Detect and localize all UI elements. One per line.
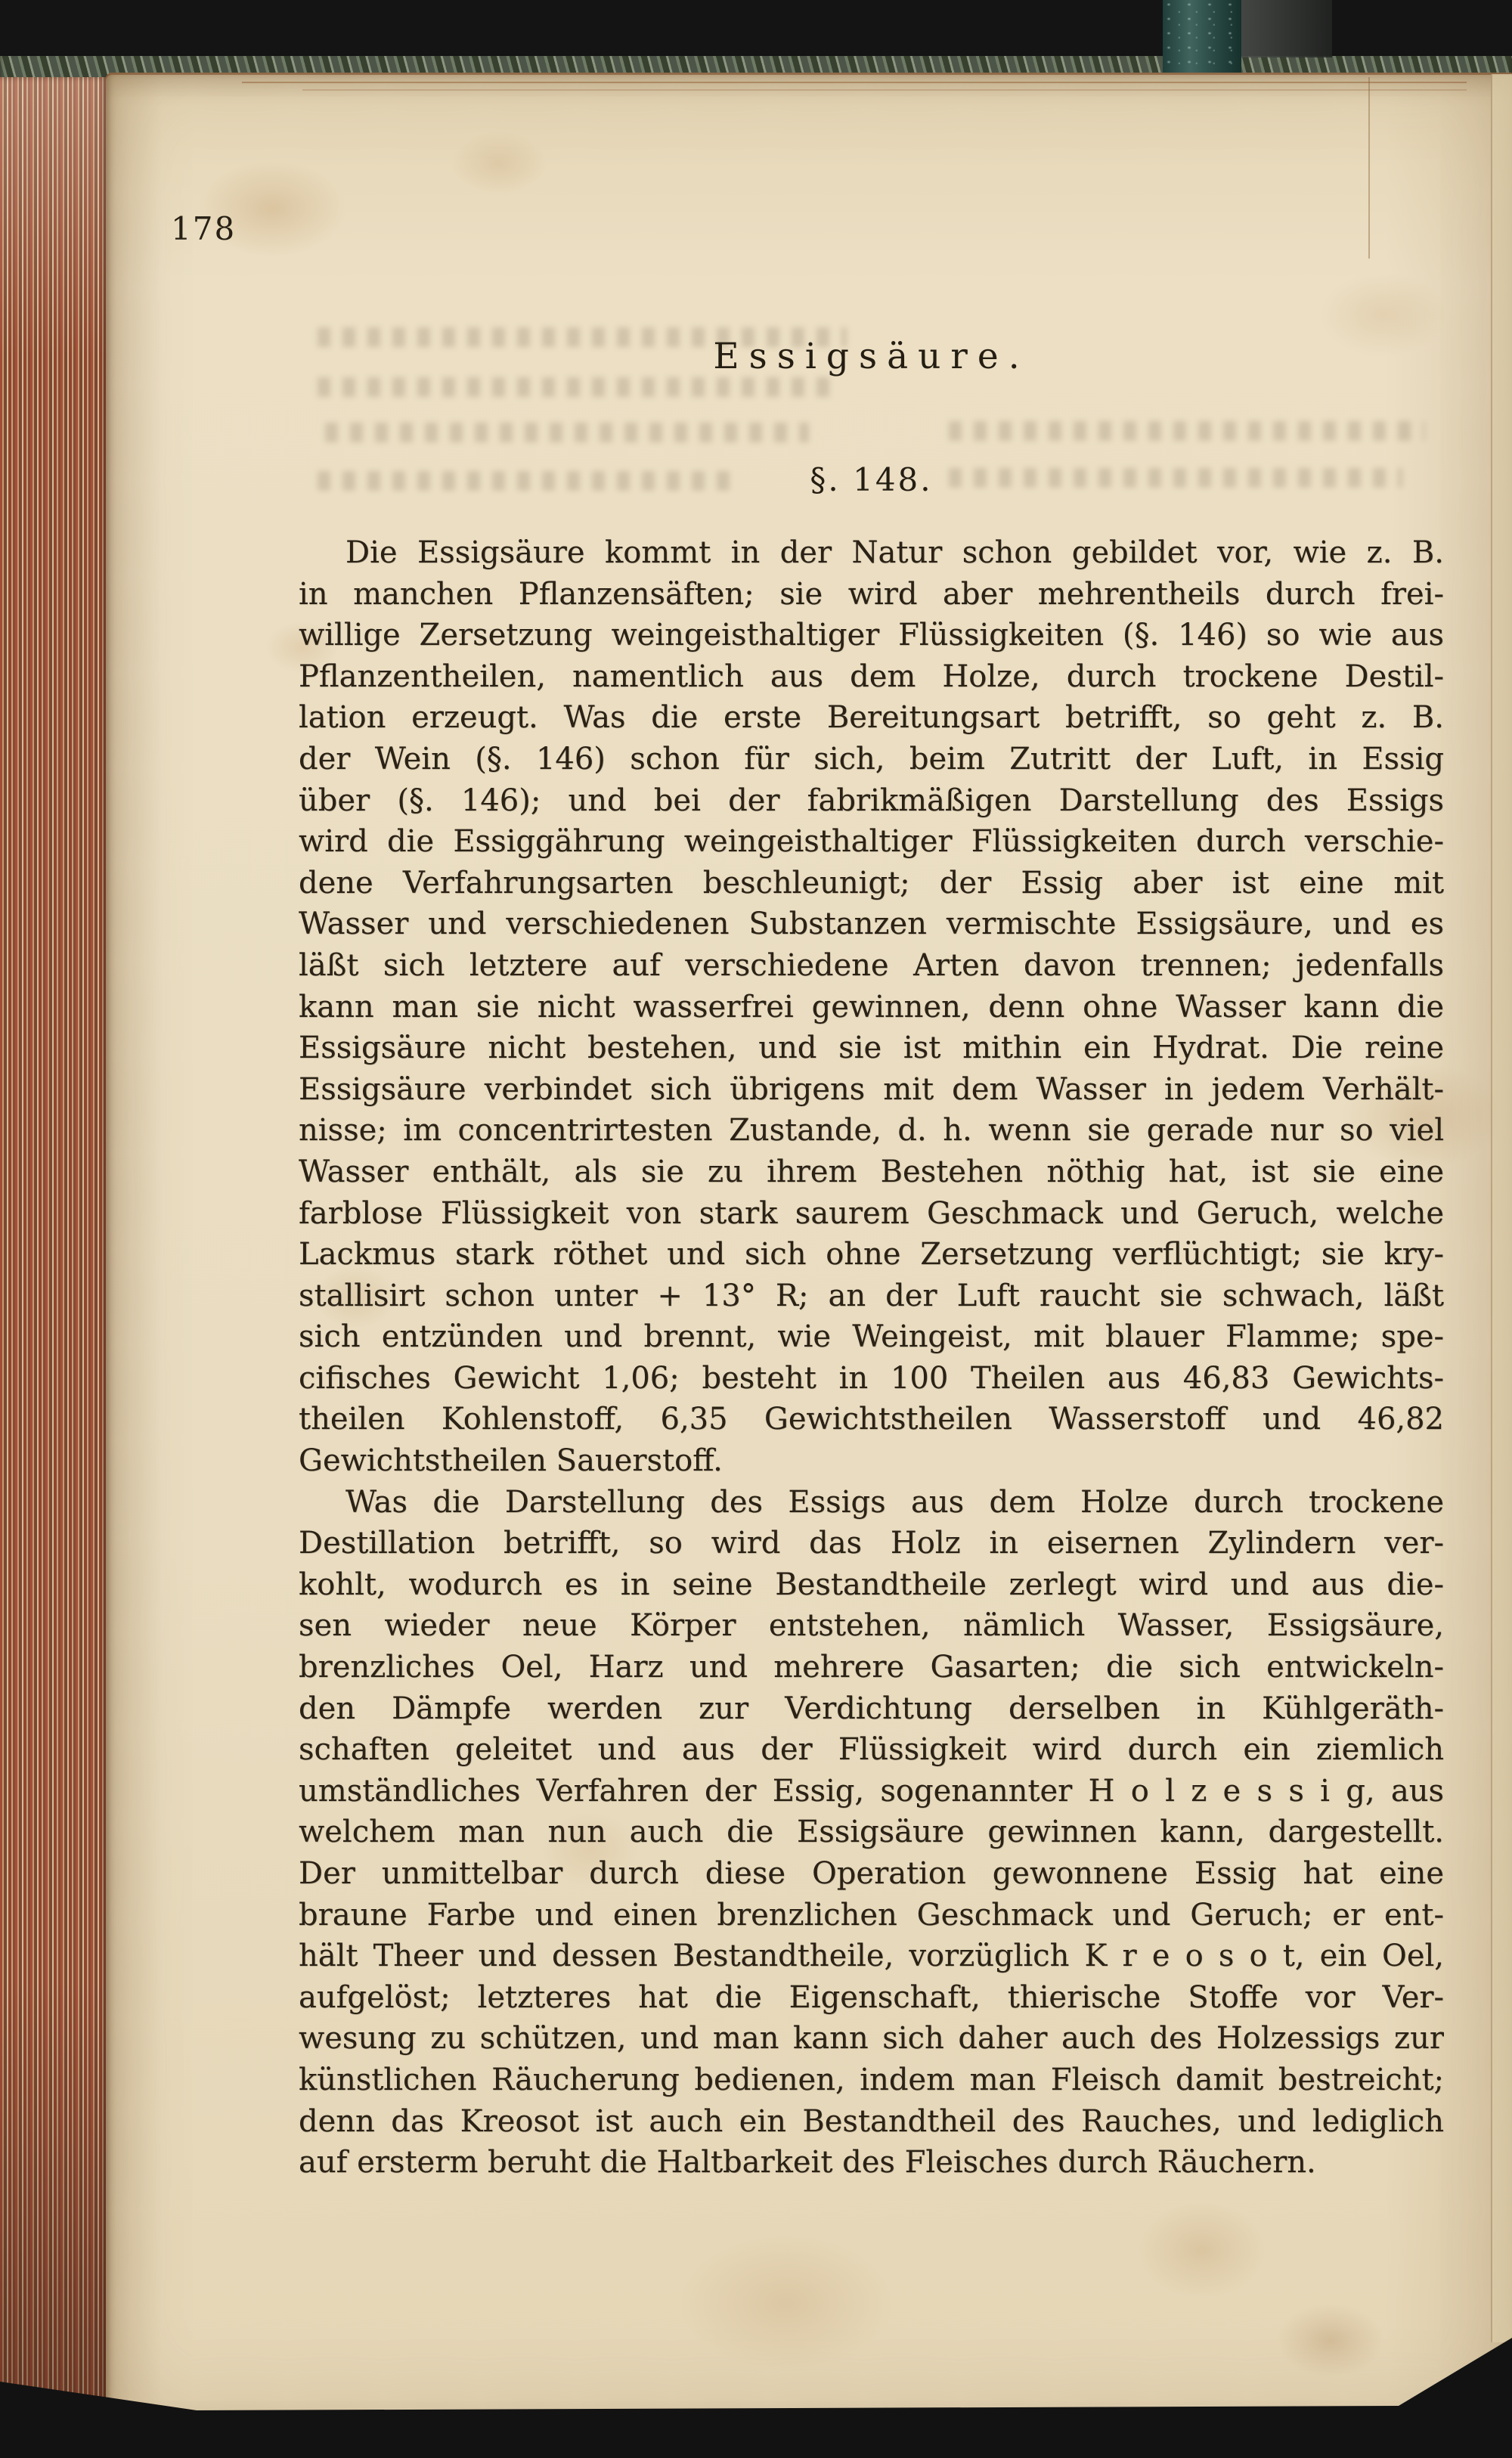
text-line: welchem man nun auch die Essigsäure gewi… bbox=[299, 1812, 1444, 1853]
text-line: hält Theer und dessen Bestandtheile, vor… bbox=[299, 1936, 1444, 1977]
text-line: theilen Kohlenstoff, 6,35 Gewichtstheile… bbox=[299, 1399, 1444, 1440]
text-line: kann man sie nicht wasserfrei gewinnen, … bbox=[299, 987, 1444, 1028]
book-page: 178 Essigsäure. §. 148. Die Essigsäure k… bbox=[106, 73, 1512, 2416]
text-line: künstlichen Räucherung bedienen, indem m… bbox=[299, 2060, 1444, 2101]
text-line: Pflanzentheilen, namentlich aus dem Holz… bbox=[299, 656, 1444, 698]
text-line: der Wein (§. 146) schon für sich, beim Z… bbox=[299, 739, 1444, 780]
chapter-heading: Essigsäure. bbox=[299, 336, 1444, 377]
text-line: cifisches Gewicht 1,06; besteht in 100 T… bbox=[299, 1358, 1444, 1399]
underlying-page-edge bbox=[1368, 77, 1370, 259]
book-scan: 178 Essigsäure. §. 148. Die Essigsäure k… bbox=[0, 0, 1512, 2458]
bleed-through bbox=[949, 421, 1425, 441]
text-line: kohlt, wodurch es in seine Bestandtheile… bbox=[299, 1564, 1444, 1606]
section-number: §. 148. bbox=[299, 461, 1444, 498]
text-line: Essigsäure nicht bestehen, und sie ist m… bbox=[299, 1028, 1444, 1069]
text-line: sen wieder neue Körper entstehen, nämlic… bbox=[299, 1605, 1444, 1647]
text-line: in manchen Pflanzensäften; sie wird aber… bbox=[299, 574, 1444, 615]
text-line: lation erzeugt. Was die erste Bereitungs… bbox=[299, 697, 1444, 739]
text-line: Lackmus stark röthet und sich ohne Zerse… bbox=[299, 1234, 1444, 1275]
text-line: Wasser und verschiedenen Substanzen verm… bbox=[299, 904, 1444, 945]
text-line: farblose Flüssigkeit von stark saurem Ge… bbox=[299, 1193, 1444, 1235]
page-edge-line bbox=[302, 89, 1467, 91]
page-edge-line bbox=[242, 82, 1467, 83]
text-line: aufgelöst; letzteres hat die Eigenschaft… bbox=[299, 1977, 1444, 2019]
text-line: auf ersterm beruht die Haltbarkeit des F… bbox=[299, 2142, 1444, 2184]
adjacent-page-edge bbox=[1491, 74, 1512, 2342]
text-line: den Dämpfe werden zur Verdichtung dersel… bbox=[299, 1688, 1444, 1730]
cover-shadow bbox=[1241, 0, 1332, 57]
text-line: sich entzünden und brennt, wie Weingeist… bbox=[299, 1316, 1444, 1358]
page-fore-edges bbox=[0, 77, 107, 2400]
text-line: stallisirt schon unter + 13° R; an der L… bbox=[299, 1275, 1444, 1317]
text-line: brenzliches Oel, Harz und mehrere Gasart… bbox=[299, 1647, 1444, 1688]
text-line: Der unmittelbar durch diese Operation ge… bbox=[299, 1853, 1444, 1895]
text-line: denn das Kreosot ist auch ein Bestandthe… bbox=[299, 2101, 1444, 2143]
bleed-through bbox=[325, 423, 809, 442]
body-text: Die Essigsäure kommt in der Natur schon … bbox=[299, 532, 1444, 2184]
text-line: dene Verfahrungsarten beschleunigt; der … bbox=[299, 863, 1444, 904]
text-line: Essigsäure verbindet sich übrigens mit d… bbox=[299, 1069, 1444, 1111]
text-line: wesung zu schützen, und man kann sich da… bbox=[299, 2018, 1444, 2060]
text-line: Gewichtstheilen Sauerstoff. bbox=[299, 1440, 1444, 1482]
text-line: nisse; im concentrirtesten Zustande, d. … bbox=[299, 1110, 1444, 1152]
text-line: wird die Essiggährung weingeisthaltiger … bbox=[299, 821, 1444, 863]
text-line: schaften geleitet und aus der Flüssigkei… bbox=[299, 1729, 1444, 1771]
page-number: 178 bbox=[171, 210, 236, 247]
text-line: über (§. 146); und bei der fabrikmäßigen… bbox=[299, 780, 1444, 822]
text-line: willige Zersetzung weingeisthaltiger Flü… bbox=[299, 615, 1444, 656]
text-line: läßt sich letztere auf verschiedene Arte… bbox=[299, 945, 1444, 987]
text-line: Destillation betrifft, so wird das Holz … bbox=[299, 1523, 1444, 1564]
text-line: Die Essigsäure kommt in der Natur schon … bbox=[299, 532, 1444, 574]
text-line: umständliches Verfahren der Essig, sogen… bbox=[299, 1771, 1444, 1812]
text-line: Was die Darstellung des Essigs aus dem H… bbox=[299, 1482, 1444, 1523]
bleed-through bbox=[318, 377, 839, 397]
text-line: braune Farbe und einen brenzlichen Gesch… bbox=[299, 1895, 1444, 1936]
text-line: Wasser enthält, als sie zu ihrem Bestehe… bbox=[299, 1152, 1444, 1193]
